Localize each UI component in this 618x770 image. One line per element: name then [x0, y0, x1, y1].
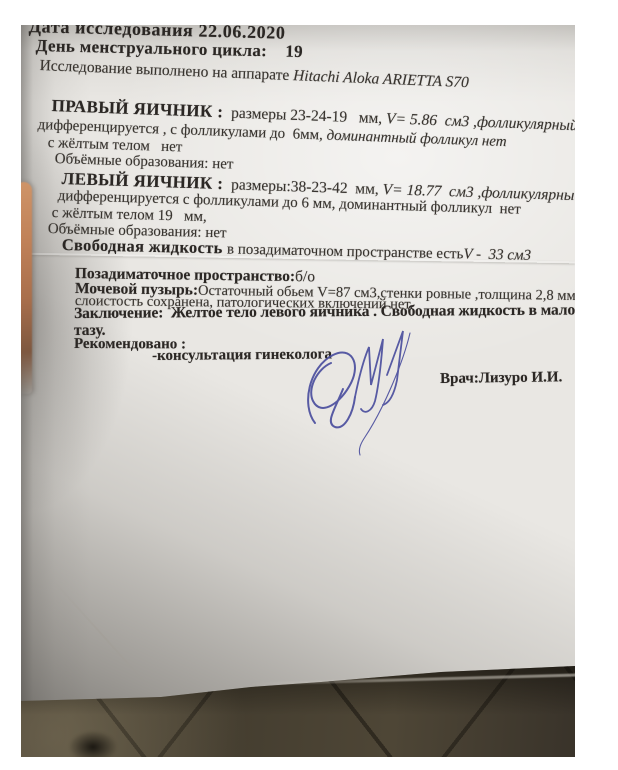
- signature: [299, 325, 424, 465]
- shadow-blob: [69, 731, 117, 757]
- corner-crease: [54, 581, 156, 694]
- section-header: Свободная жидкость: [62, 235, 228, 257]
- text-segment: Заключение: Желтое тело левого яичника .…: [74, 301, 575, 322]
- line-conclusion: Заключение: Желтое тело левого яичника .…: [74, 301, 575, 322]
- doctor-name: Врач:Лизуро И.И.: [440, 369, 562, 387]
- text-segment: Исследование выполнено на аппарате: [39, 57, 293, 84]
- line-free-fluid: Свободная жидкость в позадиматочном прос…: [62, 236, 532, 265]
- line-device: Исследование выполнено на аппарате Hitac…: [39, 57, 469, 92]
- line-doctor: Врач:Лизуро И.И.: [440, 369, 562, 388]
- document-photo: Дата исследования 22.06.2020 День менстр…: [21, 25, 575, 757]
- screenshot: Дата исследования 22.06.2020 День менстр…: [0, 0, 618, 770]
- text-segment: V - 33 см3: [463, 246, 531, 263]
- finger: [21, 182, 32, 394]
- text-segment: в позадиматочном пространстве есть: [227, 241, 464, 262]
- device-name: Hitachi Aloka ARIETTA S70: [293, 67, 469, 91]
